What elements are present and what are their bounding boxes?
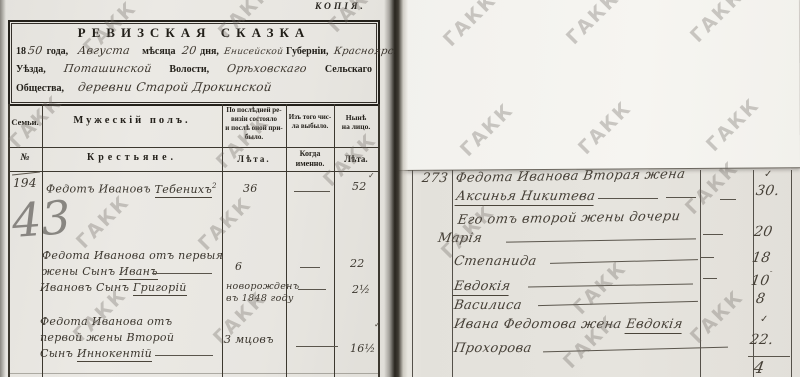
departed-line1: Изъ того чис- [286,113,334,122]
dash-mark [703,278,717,279]
right-entry-family-number: 273 [421,171,449,186]
check-mark: ✓ [760,314,768,325]
last-revision-line2: визіи состояло [222,115,286,124]
printed-selskago: Сельскаго [325,64,372,75]
column-line-3 [286,104,287,377]
entry4-relation: Сынъ [40,347,73,360]
entry1-firstname: Федотъ Ивановъ [46,183,151,196]
r7-age: 4 [752,358,766,377]
right-table-left-border [412,170,413,377]
printed-obshchestva: Общества, [16,83,64,94]
dash-mark [506,238,696,242]
dash-mark [538,301,698,306]
right-column-line-1 [452,170,453,377]
column-header-last-revision: По послѣдней ре- визіи состояло и послѣ … [222,106,286,142]
subheader-peasants: Крестьяне. [42,153,222,163]
header-line-3: Общества, деревни Старой Дрокинской [16,80,372,94]
r1-line1: Федота Иванова Вторая жена [455,167,687,186]
age-column-divider-stroke [748,356,790,357]
now-present-line1: Нынѣ [334,113,378,122]
entry3-note-line1: новорожденъ [226,281,299,292]
when-line1: Когда [286,149,334,159]
column-line-4 [334,104,335,377]
r6-age: 22. [749,332,775,348]
entry2-age-now: 22 [350,257,365,270]
bottom-cut-line [8,373,380,374]
r1-age: 30. [755,183,781,199]
subheader-leta-2: Лѣта. [334,154,378,164]
r2-age: 20 [753,224,774,240]
entry3-note-line2: въ 1848 году [226,293,294,304]
r4-daughter-name: Евдокія [452,279,511,296]
entry4-name: Иннокентій [77,347,152,362]
r6-line2: Прохорова [453,341,533,356]
handwritten-selskoe: Орѣховскаго [226,62,308,75]
number-overline-stroke [12,172,40,176]
dash-mark [720,199,736,200]
scan-dark-edge [0,0,6,377]
header-line-1: 18 50 года, Августа мѣсяца 20 дня, Енисе… [16,44,372,57]
printed-goda: года, [47,46,69,57]
when-line2: именно. [286,159,334,169]
entry1-surname: Тебенихъ [155,183,212,198]
now-present-line2: на лицо. [334,122,378,131]
overlapping-blank-sheet [397,0,800,171]
entry2-relation: жены Сынъ [42,265,115,278]
copy-stamp: КОПІЯ. [315,2,366,12]
entry3-line1: Ивановъ Сынъ Григорій [40,281,187,294]
entry1-superscript: 2 [212,182,217,190]
departed-line2: ла выбыло. [286,122,334,131]
printed-volosti: Волости, [169,64,209,75]
handwritten-day: 20 [181,44,197,57]
dash-mark [528,284,693,288]
column-header-now-present: Нынѣ на лицо. [334,113,378,131]
dash-mark [598,198,658,199]
entry4-line3: Сынъ Иннокентій [40,347,152,360]
dash-mark [550,259,698,264]
r5-age: 8 [755,291,767,307]
last-revision-line1: По послѣдней ре- [222,106,286,115]
r3-age: 18 [751,250,772,266]
entry4-age-now: 16½ [350,342,376,355]
entry3-age-now: 2½ [352,283,370,296]
r2-line1: Его отъ второй жены дочери [457,209,682,228]
entry2-line1: Федота Иванова отъ первыя [42,249,223,262]
subheader-when-exactly: Когда именно. [286,149,334,169]
left-page: КОПІЯ. РЕВИЗСКАЯ СКАЗКА 18 50 года, Авгу… [0,0,392,377]
subheader-number-sign: № [8,153,42,163]
dash-mark [703,234,723,235]
r4-name: Евдокія [453,279,512,294]
check-mark: ✓ [764,169,772,180]
dash-mark [300,267,320,268]
document-title: РЕВИЗСКАЯ СКАЗКА [10,25,378,41]
r1-wife-name: Аксинья Никитева [454,189,596,206]
r4-age: 10 [750,273,771,289]
printed-dnya: дня, [200,46,219,57]
column-header-departed: Изъ того чис- ла выбыло. [286,113,334,131]
entry1-family-number: 194 [13,176,37,190]
right-table-right-border [791,170,792,377]
right-page: 273 Федота Иванова Вторая жена Аксинья Н… [398,0,800,377]
right-column-line-2 [700,170,701,377]
handwritten-volost: Поташинской [63,62,153,75]
page-fold [384,0,408,377]
handwritten-village: деревни Старой Дрокинской [77,80,273,94]
printed-uezda: Уѣзда, [16,64,46,75]
entry1-age-prev: 36 [243,182,258,195]
r6-line1: Ивана Федотова жена Евдокія [453,317,684,332]
last-revision-line3: и послѣ оной при- [222,124,286,133]
entry3-relation: Ивановъ Сынъ [40,281,129,294]
printed-mesyatsa: мѣсяца [142,46,175,57]
printed-year-prefix: 18 [16,46,26,57]
scanned-revision-list-document: КОПІЯ. РЕВИЗСКАЯ СКАЗКА 18 50 года, Авгу… [0,0,800,377]
header-bottom-line [8,171,380,172]
entry3-name: Григорій [133,281,187,296]
dash-mark [666,197,696,198]
header-divider-line [8,147,380,148]
check-mark: ✓ [368,171,375,180]
column-header-family: Семьи. [8,117,42,127]
entry4-line1: Федота Иванова отъ [40,315,172,328]
r6-relation: Ивана Федотова жена [453,317,623,332]
header-line-2: Уѣзда, Поташинской Волости, Орѣховскаго … [16,62,372,75]
pencil-archive-number: 43 [10,194,72,244]
column-header-male-sex: Мужескій полъ. [42,116,222,126]
last-revision-line4: было. [222,133,286,142]
r3-name: Степанида [453,254,538,269]
check-mark: ✓ [374,320,381,329]
table-right-border [378,104,380,377]
handwritten-year: 50 [27,44,43,57]
r6-wife-name: Евдокія [625,317,684,334]
r5-name: Василиса [453,298,523,313]
r1-name: Аксинья Никитева [455,189,597,204]
revision-title-box: РЕВИЗСКАЯ СКАЗКА 18 50 года, Августа мѣс… [8,20,380,106]
subheader-leta-1: Лѣта. [222,154,286,164]
dash-mark [298,289,326,290]
table-left-border [8,104,10,377]
printed-gubernii: Губерніи, [286,46,329,57]
entry4-age-prev: 3 мцовъ [224,333,274,346]
column-line-2 [222,104,223,377]
entry2-age-prev: 6 [235,260,242,273]
handwritten-gubernia: Енисейской [223,47,283,57]
dash-mark [700,257,714,258]
entry1-age-now: 52 [352,180,367,193]
dash-mark [294,191,330,192]
handwritten-month: Августа [77,44,131,57]
dash-mark [152,273,212,274]
entry4-line2: первой жены Второй [40,331,174,344]
dash-mark [155,355,213,356]
entry2-line2: жены Сынъ Иванъ [42,265,158,278]
dash-mark [296,346,338,347]
tick-mark: ˇ [770,270,772,278]
r2-name: Марія [437,231,484,246]
entry1-name: Федотъ Ивановъ Тебенихъ2 [46,182,217,196]
